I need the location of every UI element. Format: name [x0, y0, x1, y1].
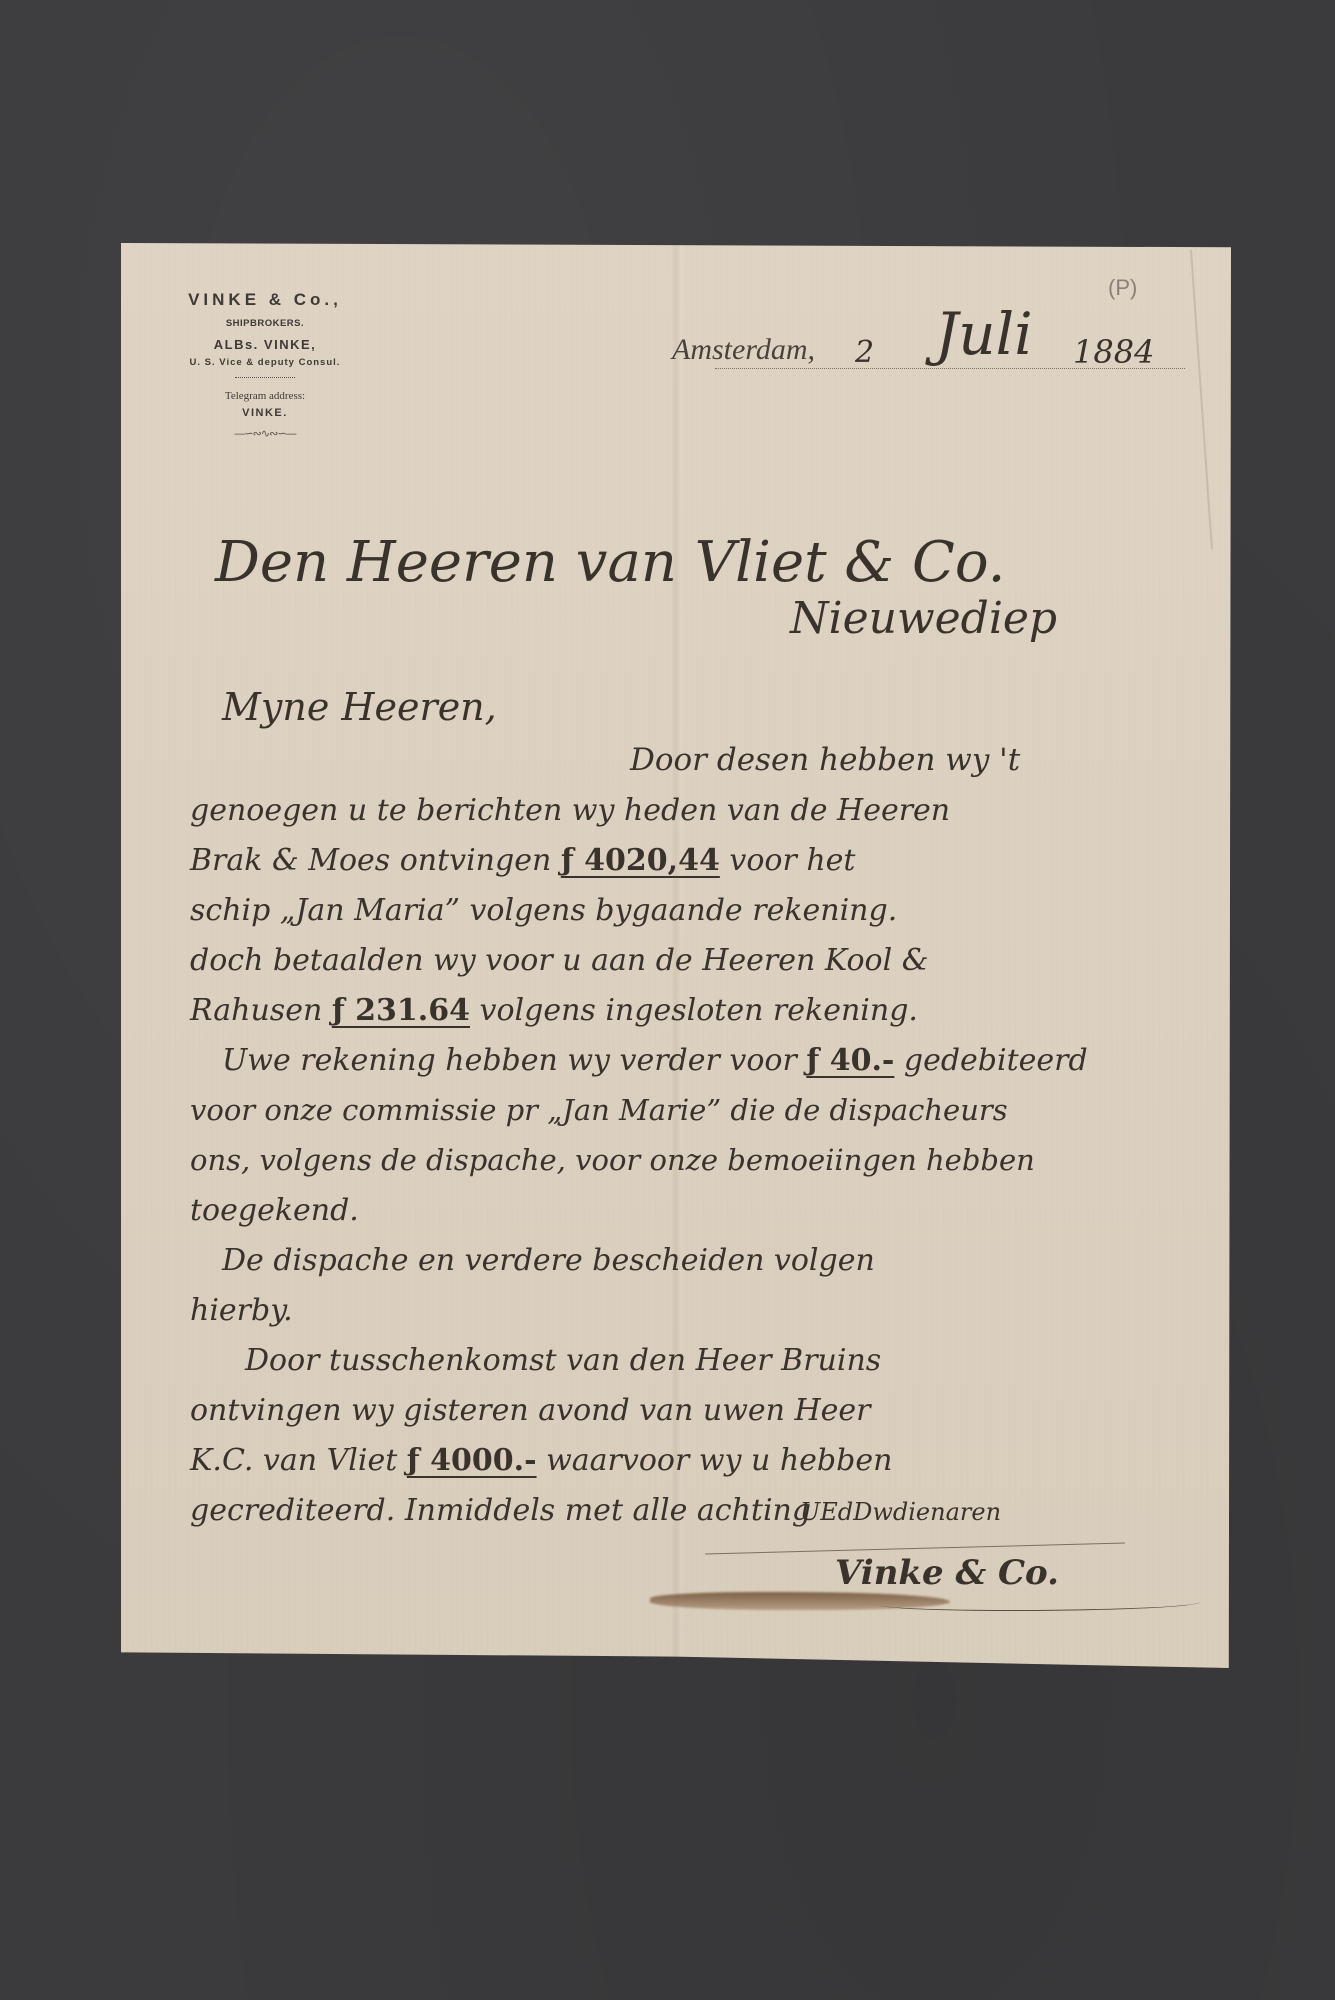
body-line: gecrediteerd. Inmiddels met alle achting — [190, 1493, 811, 1528]
amount-debited: ƒ 40.- — [806, 1043, 894, 1078]
body-line: genoegen u te berichten wy heden van de … — [190, 793, 950, 828]
addressee-line1: Den Heeren van Vliet & Co. — [215, 530, 1005, 595]
dateline-year: 1884 — [1073, 333, 1154, 371]
body-line: ontvingen wy gisteren avond van uwen Hee… — [190, 1393, 871, 1428]
amount-received: ƒ 4020,44 — [561, 843, 720, 878]
body-line: schip „Jan Maria” volgens bygaande reken… — [190, 893, 897, 928]
amount-credited: ƒ 4000.- — [407, 1443, 537, 1478]
body-line: Door tusschenkomst van den Heer Bruins — [245, 1343, 881, 1378]
addressee-city: Nieuwediep — [790, 593, 1057, 644]
letterhead: VINKE & Co., SHIPBROKERS. ALBs. VINKE, U… — [150, 290, 380, 440]
letterhead-trade: SHIPBROKERS. — [150, 318, 380, 329]
letterhead-ornament: —∽∾∿∾∽— — [195, 427, 335, 440]
amount-paid: ƒ 231.64 — [332, 993, 470, 1028]
archive-mark: (P) — [1108, 275, 1137, 301]
body-line: hierby. — [190, 1293, 293, 1328]
dateline-day: 2 — [855, 335, 874, 370]
dateline-place: Amsterdam, — [672, 333, 815, 367]
letterhead-title: U. S. Vice & deputy Consul. — [150, 357, 380, 368]
body-line: voor onze commissie pr „Jan Marie” die d… — [190, 1093, 1008, 1127]
salutation: Myne Heeren, — [222, 685, 497, 729]
closing: UEdDwdienaren — [800, 1498, 1001, 1526]
body-line: De dispache en verdere bescheiden volgen — [222, 1243, 875, 1278]
dateline-month: Juli — [935, 300, 1033, 368]
letterhead-company: VINKE & Co., — [150, 290, 380, 310]
signature: Vinke & Co. — [835, 1553, 1059, 1593]
body-line: toegekend. — [190, 1193, 359, 1228]
body-line: K.C. van Vliet ƒ 4000.- waarvoor wy u he… — [190, 1443, 892, 1478]
body-line: doch betaalden wy voor u aan de Heeren K… — [190, 943, 928, 978]
body-line: ons, volgens de dispache, voor onze bemo… — [190, 1143, 1035, 1177]
letterhead-divider — [235, 377, 295, 382]
telegram-value: VINKE. — [150, 407, 380, 419]
body-line: Rahusen ƒ 231.64 volgens ingesloten reke… — [190, 993, 918, 1028]
telegram-label: Telegram address: — [150, 390, 380, 402]
body-line: Door desen hebben wy 't — [630, 742, 1020, 778]
body-line: Uwe rekening hebben wy verder voor ƒ 40.… — [222, 1043, 1088, 1078]
letterhead-name: ALBs. VINKE, — [150, 337, 380, 352]
body-line: Brak & Moes ontvingen ƒ 4020,44 voor het — [190, 843, 855, 878]
